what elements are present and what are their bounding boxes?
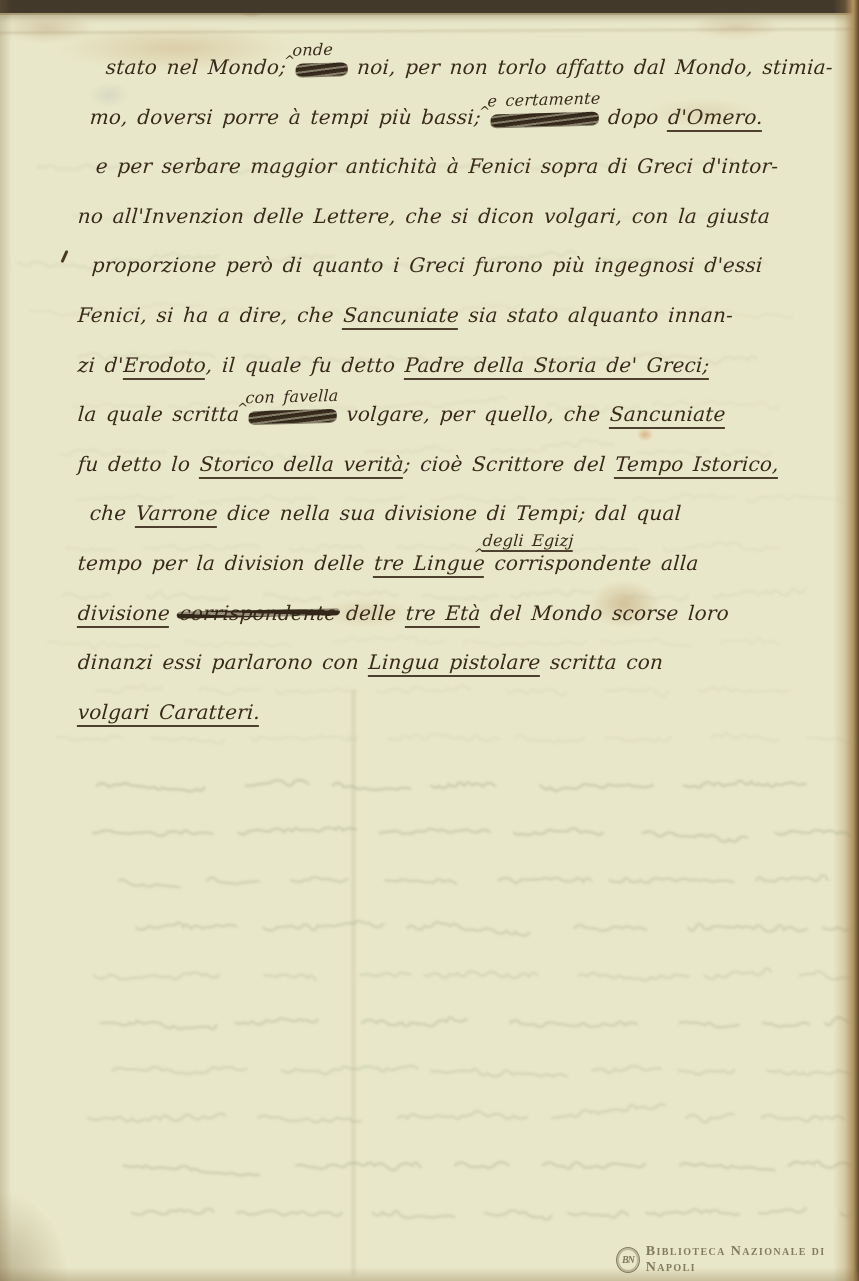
text-segment: noi, per non torlo affatto dal Mondo, st… (347, 55, 834, 79)
text-segment: tre Lingue (373, 551, 486, 578)
text-segment: corrispondente (179, 601, 338, 625)
manuscript-line: dinanzi essi parlarono con Lingua pistol… (76, 639, 851, 689)
margin-pen-mark (60, 250, 68, 263)
paper-crease (0, 28, 859, 35)
text-segment: d'Omero. (667, 105, 764, 132)
text-segment: tempo per la division delle (77, 551, 375, 575)
text-segment: dinanzi essi parlarono con (77, 650, 369, 674)
bleedthrough-line (87, 1104, 844, 1122)
paper-fold-line (352, 690, 355, 1275)
manuscript-line: tempo per la division delle tre Linguede… (76, 540, 851, 590)
text-segment: divisione (77, 601, 171, 628)
strikethrough-scribble: onde^ (295, 62, 348, 76)
text-segment: Lingua pistolare (367, 650, 541, 677)
caret-mark: ^ (283, 39, 296, 85)
text-segment: tre Età (405, 601, 482, 628)
manuscript-text: stato nel Mondo; onde^ noi, per non torl… (76, 44, 848, 738)
binding-edge-top (0, 0, 859, 13)
text-segment: ; cioè Scrittore del (403, 452, 616, 476)
bleedthrough-line (93, 827, 859, 841)
text-segment: dice nella sua divisione di Tempi; dal q… (217, 501, 682, 525)
text-segment: che (89, 501, 137, 525)
text-segment: no all'Invenzion delle Lettere, che si d… (77, 204, 771, 228)
text-segment: volgari Caratteri. (77, 700, 261, 727)
text-segment: scritta con (540, 650, 664, 674)
library-logo-icon: BN (616, 1247, 640, 1273)
text-segment: sia stato alquanto innan- (458, 303, 734, 327)
text-segment: dopo (598, 105, 669, 129)
text-segment: Storico della verità (199, 452, 405, 479)
bleedthrough-line (123, 1161, 859, 1175)
stain (0, 12, 95, 44)
manuscript-line: e per serbare maggior antichità à Fenici… (76, 143, 851, 193)
interlinear-insertion: degli Egizj (482, 533, 574, 552)
text-segment: Fenici, si ha a dire, che (77, 303, 344, 327)
text-segment: mo, doversi porre à tempi più bassi; (89, 105, 491, 129)
bleedthrough-line (97, 780, 807, 791)
manuscript-page: stato nel Mondo; onde^ noi, per non torl… (0, 0, 859, 1281)
interlinear-insertion: onde (292, 41, 333, 58)
manuscript-line: stato nel Mondo; onde^ noi, per non torl… (76, 44, 851, 94)
text-segment: volgare, per quello, che (336, 402, 611, 426)
strikethrough-scribble: e certamente^ (490, 111, 599, 127)
text-segment: e per serbare maggior antichità à Fenici… (95, 154, 779, 178)
text-segment: Tempo Istorico, (614, 452, 779, 479)
strikethrough-scribble: con favella^ (248, 409, 337, 424)
caret-mark: ^ (236, 386, 249, 432)
bleedthrough-line (100, 1016, 859, 1029)
caret-mark: ^ (478, 89, 491, 135)
interlinear-insertion: e certamente (487, 90, 601, 109)
bleedthrough-line (132, 1208, 859, 1220)
page-corner-shadow (0, 1191, 70, 1281)
text-segment: la quale scritta (77, 402, 250, 426)
stain (690, 14, 782, 40)
manuscript-line: proporzione però di quanto i Greci furon… (76, 242, 851, 292)
text-segment: zi d' (77, 353, 124, 377)
text-segment: stato nel Mondo; (105, 55, 297, 79)
text-segment: del Mondo scorse loro (480, 601, 730, 625)
manuscript-line: no all'Invenzion delle Lettere, che si d… (76, 193, 851, 243)
text-segment: Erodoto (122, 353, 206, 380)
text-segment: proporzione però di quanto i Greci furon… (91, 253, 763, 277)
bleedthrough-line (112, 1066, 859, 1077)
text-segment: Sancuniate (342, 303, 460, 330)
manuscript-line: volgari Caratteri. (76, 689, 851, 739)
text-segment: corrispondente alla (484, 551, 699, 575)
manuscript-line: fu detto lo Storico della verità; cioè S… (76, 441, 851, 491)
text-segment: Padre della Storia de' Greci; (404, 353, 711, 380)
bleedthrough-line (119, 875, 828, 887)
text-segment: fu detto lo (77, 452, 201, 476)
manuscript-line: che Varrone dice nella sua divisione di … (76, 490, 851, 540)
watermark-text: Biblioteca Nazionale di Napoli (646, 1244, 859, 1276)
interlinear-insertion: con favella (245, 388, 339, 406)
manuscript-line: divisione corrispondente delle tre Età d… (76, 590, 851, 640)
manuscript-line: zi d'Erodoto, il quale fu detto Padre de… (76, 342, 851, 392)
bleedthrough-line (136, 921, 859, 937)
text-segment: Varrone (135, 501, 219, 528)
text-segment: , il quale fu detto (205, 353, 406, 377)
text-segment: delle (336, 601, 407, 625)
bleedthrough-line (93, 968, 859, 981)
manuscript-line: la quale scritta con favella^ volgare, p… (76, 391, 851, 441)
watermark: BN Biblioteca Nazionale di Napoli (616, 1244, 859, 1276)
text-segment: Sancuniate (609, 402, 727, 429)
manuscript-line: Fenici, si ha a dire, che Sancuniate sia… (76, 292, 851, 342)
page-edge-left (0, 0, 12, 1281)
manuscript-line: mo, doversi porre à tempi più bassi; e c… (76, 94, 851, 144)
